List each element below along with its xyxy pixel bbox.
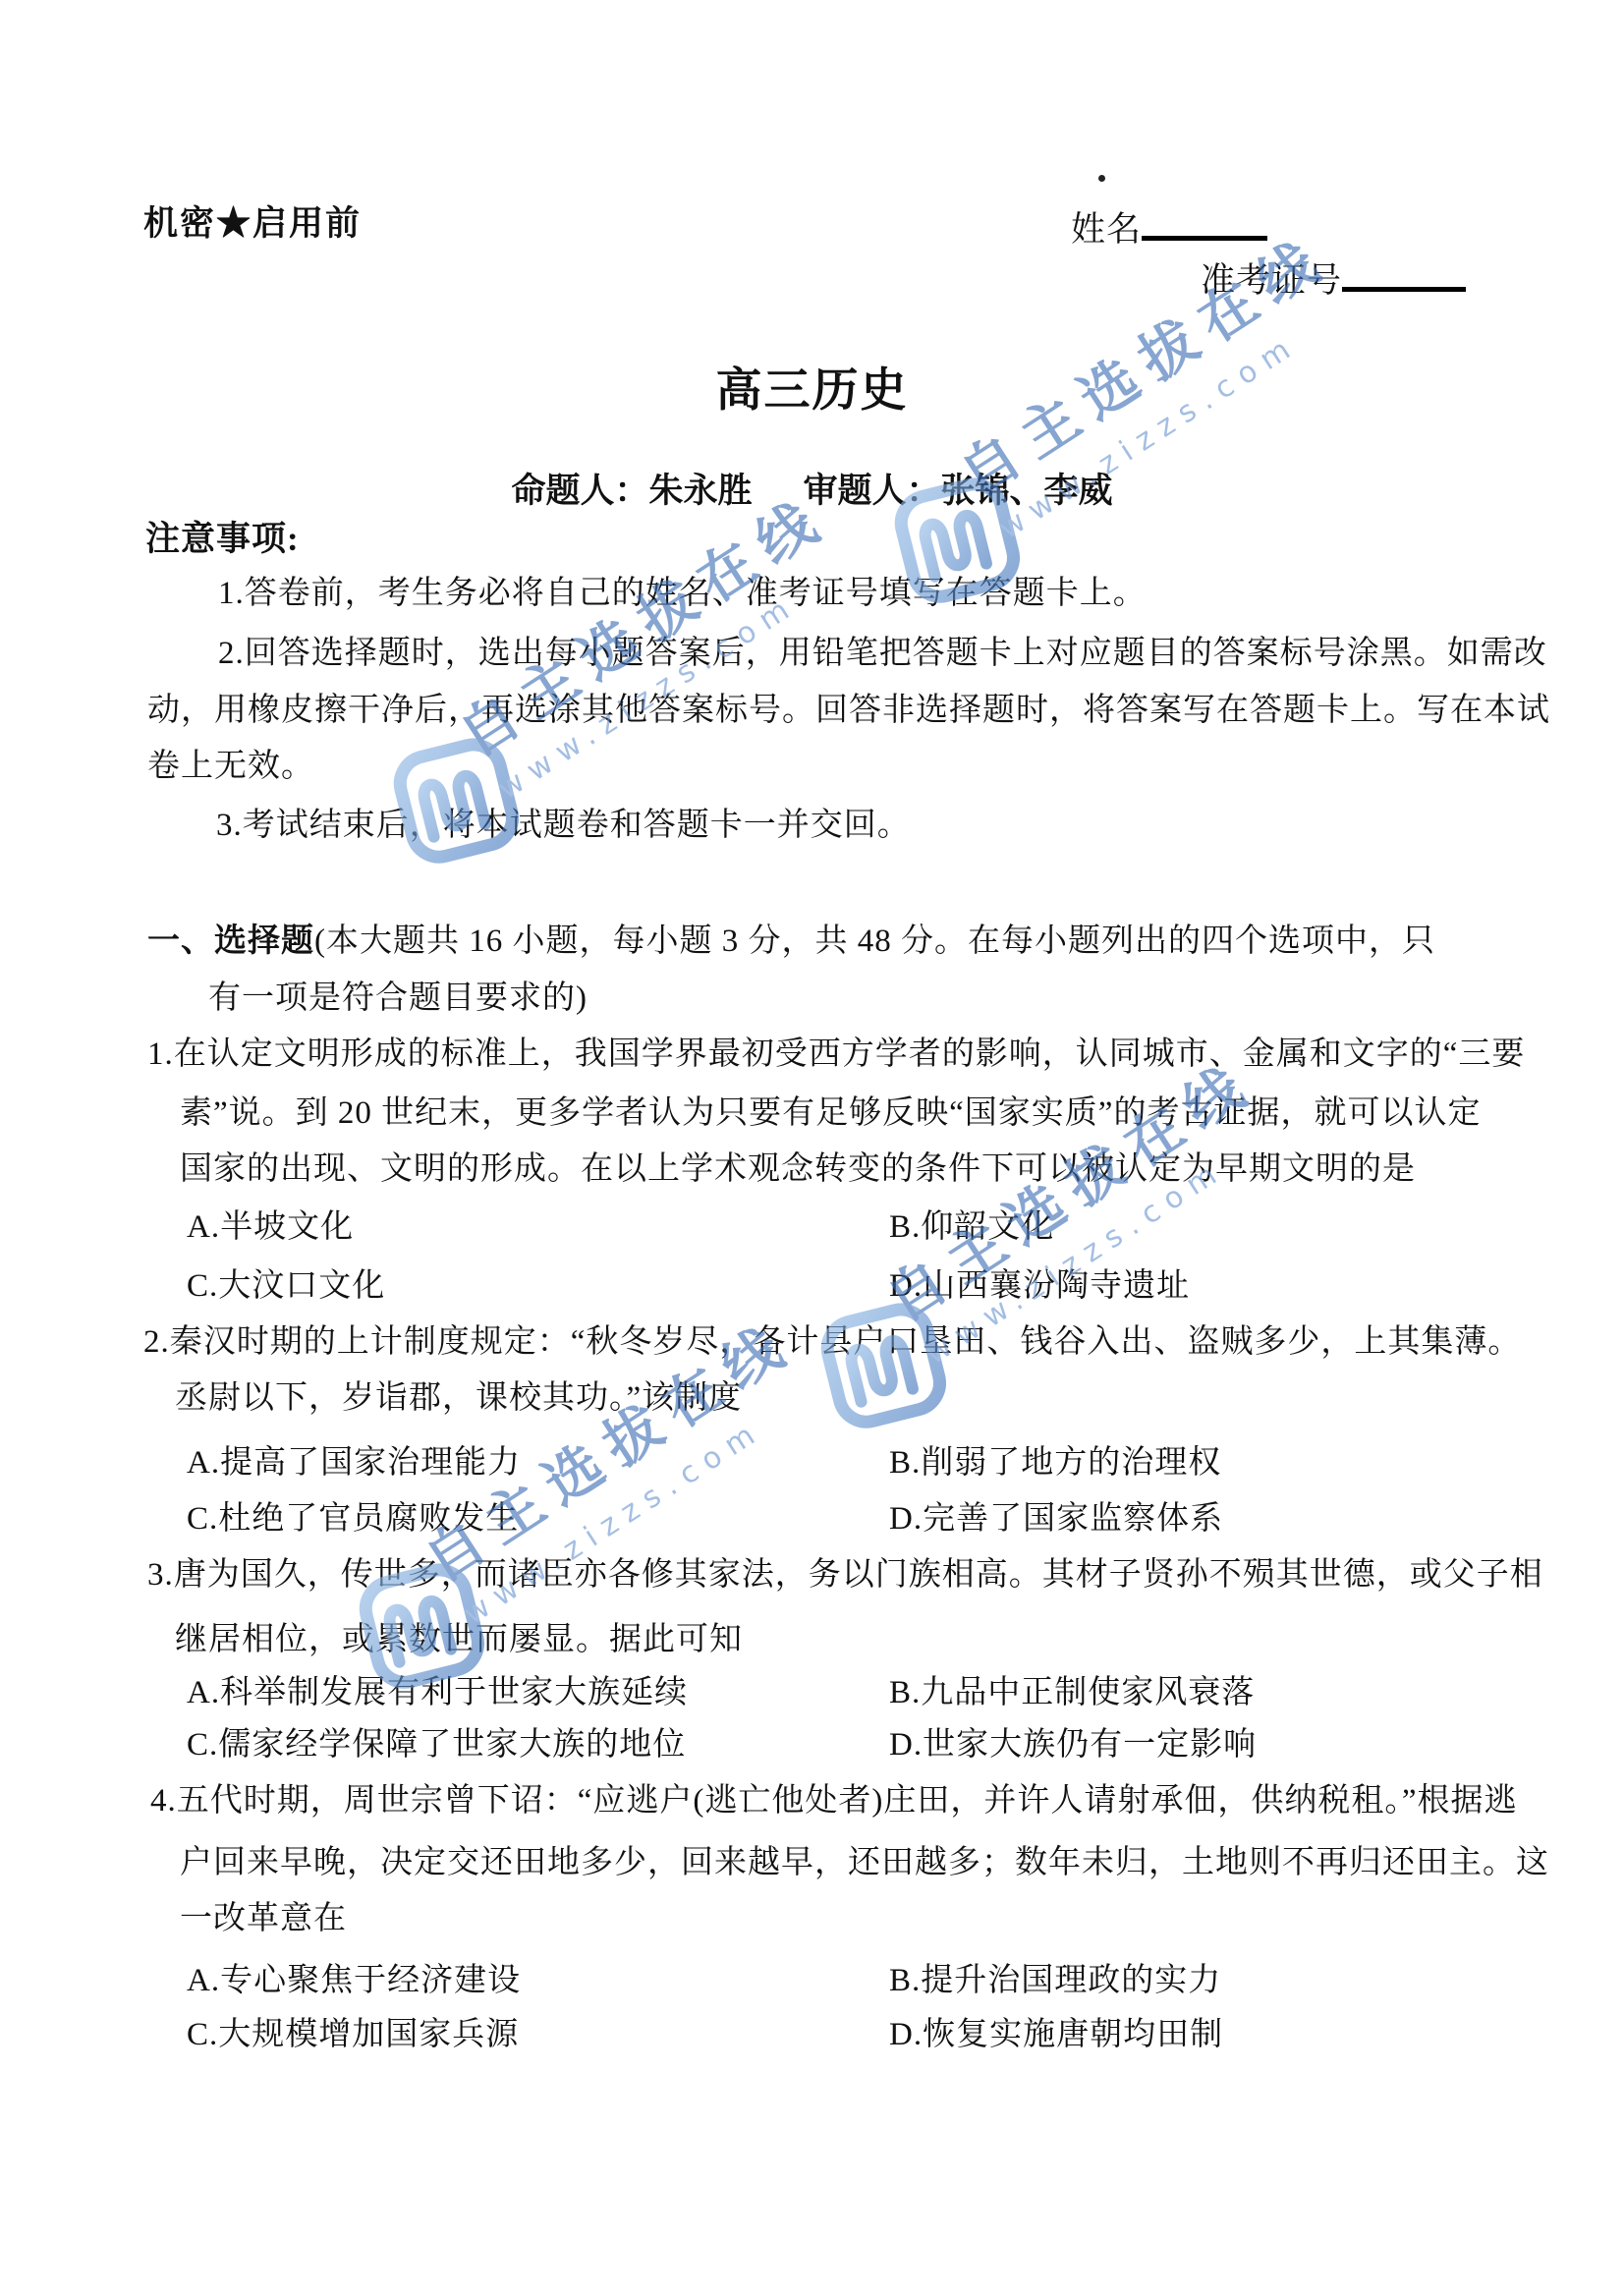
option-d: D.完善了国家监察体系 bbox=[889, 1499, 1223, 1540]
option-c: C.大汶口文化 bbox=[187, 1266, 385, 1307]
notice-line: 2.回答选择题时，选出每小题答案后，用铅笔把答题卡上对应题目的答案标号涂黑。如需… bbox=[218, 634, 1547, 674]
question-line: 4.五代时期，周世宗曾下诏：“应逃户(逃亡他处者)庄田，并许人请射承佃，供纳税租… bbox=[150, 1781, 1518, 1821]
option-b: B.九品中正制使家风衰落 bbox=[889, 1673, 1255, 1713]
byline-reviewer: 审题人：张锦、李威 bbox=[804, 472, 1113, 510]
option-b: B.仰韶文化 bbox=[889, 1207, 1054, 1248]
watermark-tile: 自主选拔在线 www.zizzs.com bbox=[383, 727, 531, 874]
question-line: 3.唐为国久，传世多，而诸臣亦各修其家法，务以门族相高。其材子贤孙不殒其世德，或… bbox=[147, 1555, 1543, 1596]
option-d: D.世家大族仍有一定影响 bbox=[889, 1725, 1257, 1765]
notice-line: 动，用橡皮擦干净后，再选涂其他答案标号。回答非选择题时，将答案写在答题卡上。写在… bbox=[147, 691, 1550, 731]
exam-no-label: 准考证号 bbox=[1201, 261, 1342, 300]
option-c: C.儒家经学保障了世家大族的地位 bbox=[187, 1725, 686, 1765]
notice-line: 卷上无效。 bbox=[147, 747, 314, 787]
option-d: D.恢复实施唐朝均田制 bbox=[889, 2015, 1223, 2055]
section-heading-line2: 有一项是符合题目要求的) bbox=[208, 979, 588, 1019]
stray-dot bbox=[1098, 175, 1105, 182]
question-line: 素”说。到 20 世纪末，更多学者认为只要有足够反映“国家实质”的考古证据，就可… bbox=[180, 1093, 1481, 1134]
question-line: 丞尉以下，岁诣郡，课校其功。”该制度 bbox=[175, 1378, 742, 1419]
question-line: 1.在认定文明形成的标准上，我国学界最初受西方学者的影响，认同城市、金属和文字的… bbox=[147, 1035, 1525, 1075]
exam-no-field: 准考证号 bbox=[1201, 257, 1466, 303]
question-line: 国家的出现、文明的形成。在以上学术观念转变的条件下可以被认定为早期文明的是 bbox=[180, 1149, 1416, 1190]
byline-setter: 命题人：朱永胜 bbox=[511, 472, 752, 510]
notice-line: 3.考试结束后，将本试题卷和答题卡一并交回。 bbox=[216, 806, 911, 846]
option-a: A.提高了国家治理能力 bbox=[187, 1443, 521, 1484]
section-heading-bold: 一、选择题 bbox=[147, 924, 314, 959]
exam-page: 机密★启用前 姓名 准考证号 高三历史 命题人：朱永胜审题人：张锦、李威 注意事… bbox=[0, 0, 1624, 2296]
zizzs-logo-icon bbox=[366, 711, 546, 895]
option-a: A.专心聚焦于经济建设 bbox=[187, 1961, 521, 2001]
section-heading-rest: (本大题共 16 小题，每小题 3 分，共 48 分。在每小题列出的四个选项中，… bbox=[314, 924, 1435, 959]
option-b: B.削弱了地方的治理权 bbox=[889, 1443, 1221, 1484]
name-label: 姓名 bbox=[1071, 210, 1142, 249]
question-line: 继居相位，或累数世而屡显。据此可知 bbox=[175, 1620, 743, 1660]
option-a: A.半坡文化 bbox=[187, 1207, 354, 1248]
question-line: 一改革意在 bbox=[180, 1899, 347, 1939]
option-d: D.山西襄汾陶寺遗址 bbox=[889, 1266, 1190, 1307]
question-line: 2.秦汉时期的上计制度规定：“秋冬岁尽，各计县户口垦田、钱谷入出、盗贼多少，上其… bbox=[143, 1322, 1521, 1363]
option-c: C.大规模增加国家兵源 bbox=[187, 2015, 519, 2055]
name-field: 姓名 bbox=[1071, 206, 1267, 252]
section-heading: 一、选择题(本大题共 16 小题，每小题 3 分，共 48 分。在每小题列出的四… bbox=[147, 922, 1435, 962]
secrecy-label: 机密★启用前 bbox=[143, 202, 362, 246]
option-c: C.杜绝了官员腐败发生 bbox=[187, 1499, 519, 1540]
option-a: A.科举制发展有利于世家大族延续 bbox=[187, 1673, 688, 1713]
option-b: B.提升治国理政的实力 bbox=[889, 1961, 1221, 2001]
notice-line: 1.答卷前，考生务必将自己的姓名、准考证号填写在答题卡上。 bbox=[218, 574, 1147, 614]
exam-no-fill-line bbox=[1342, 257, 1466, 292]
byline: 命题人：朱永胜审题人：张锦、李威 bbox=[0, 464, 1624, 513]
question-line: 户回来早晚，决定交还田地多少，回来越早，还田越多；数年未归，土地则不再归还田主。… bbox=[180, 1843, 1549, 1883]
notice-heading: 注意事项: bbox=[145, 518, 300, 561]
page-title: 高三历史 bbox=[0, 354, 1624, 420]
watermark-tile: 自主选拔在线 www.zizzs.com bbox=[811, 1292, 958, 1439]
name-fill-line bbox=[1142, 206, 1267, 241]
